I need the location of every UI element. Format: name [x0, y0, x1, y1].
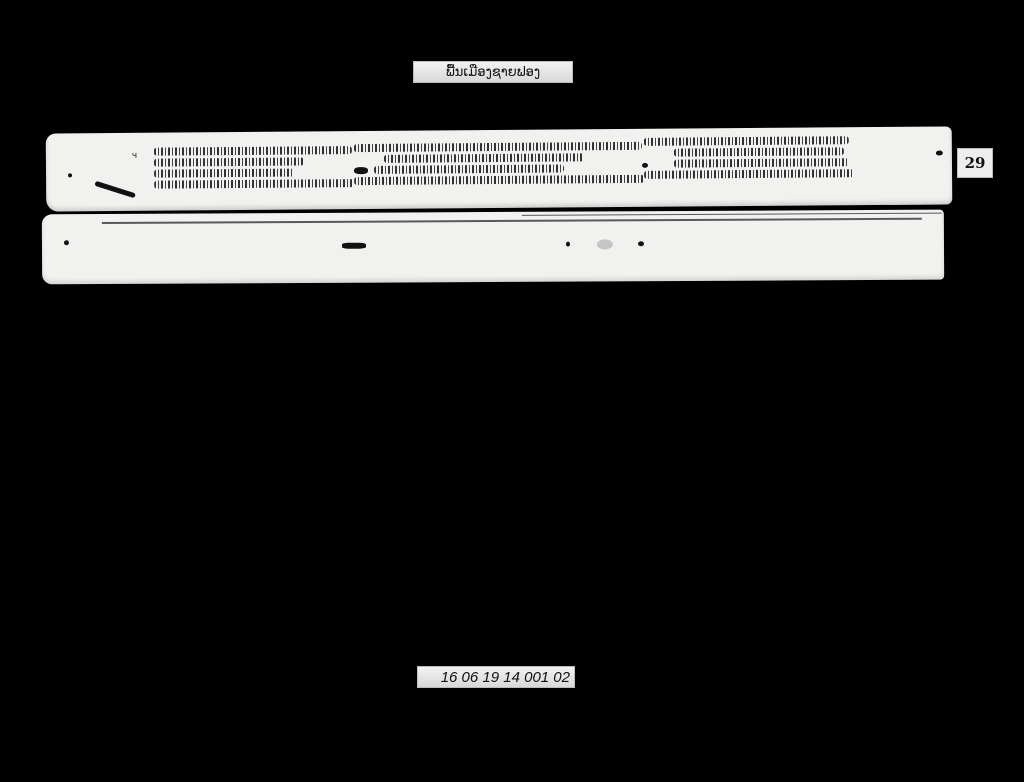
- leaf-edge-streak: [522, 213, 942, 216]
- string-hole: [64, 240, 69, 245]
- leaf-edge-streak: [102, 218, 922, 224]
- string-hole: [342, 243, 366, 249]
- script-column-3: [644, 135, 854, 181]
- script-column-1: [154, 145, 354, 191]
- stain: [597, 239, 613, 249]
- margin-mark: ч: [132, 151, 137, 161]
- string-hole: [638, 241, 644, 246]
- catalog-code: 16 06 19 14 001 02: [441, 669, 570, 686]
- palm-leaf-blank: [42, 210, 944, 285]
- script-column-2: [354, 141, 644, 187]
- catalog-code-label: 16 06 19 14 001 02: [417, 666, 575, 688]
- string-hole: [566, 242, 570, 247]
- ink-stroke-mark: [94, 181, 136, 198]
- title-label: ພື້ນເມືອງຊາຍຟອງ: [413, 61, 573, 83]
- string-hole: [936, 151, 943, 156]
- page-number: 29: [965, 154, 986, 172]
- title-text: ພື້ນເມືອງຊາຍຟອງ: [446, 65, 540, 80]
- page-number-label: 29: [957, 148, 993, 178]
- palm-leaf-inscribed: ч: [46, 126, 953, 211]
- string-hole: [68, 173, 72, 177]
